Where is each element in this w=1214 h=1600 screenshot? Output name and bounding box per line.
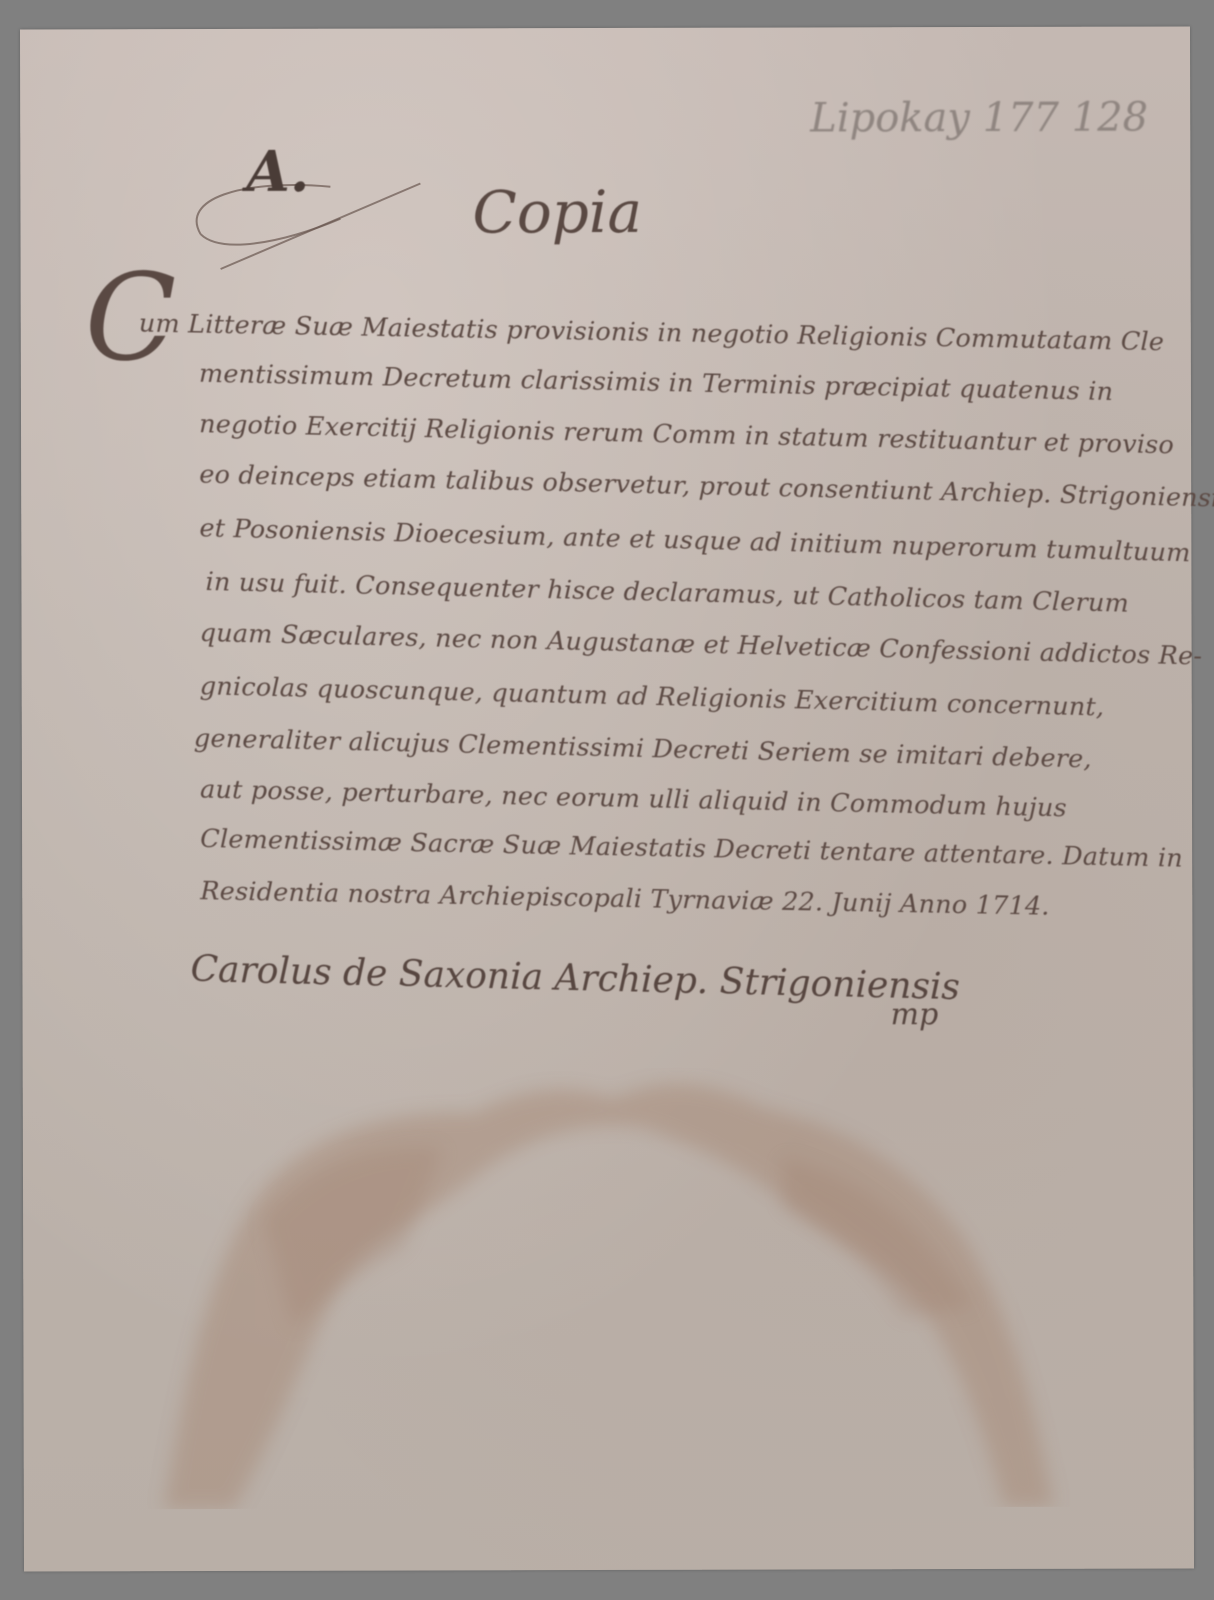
archive-pencil-note: Lipokay 177 128 [810,95,1148,142]
text-line: quam Sæculares, nec non Augustanæ et Hel… [199,618,1202,672]
signature: Carolus de Saxonia Archiep. Strigoniensi… [190,949,960,1008]
text-line: generaliter alicujus Clementissimi Decre… [194,723,1092,774]
signature-paraph: mp [891,997,939,1032]
text-line: um Litteræ Suæ Maiestatis provisionis in… [139,308,1165,357]
section-marker: A. [246,139,309,205]
text-line: eo deinceps etiam talibus observetur, pr… [199,460,1214,514]
text-line: negotio Exercitij Religionis rerum Comm … [199,409,1174,460]
text-line: Residentia nostra Archiepiscopali Tyrnav… [200,876,1050,922]
text-line: gnicolas quoscunque, quantum ad Religion… [200,671,1105,722]
text-line: mentissimum Decretum clarissimis in Term… [199,359,1114,407]
document-title: Copia [472,178,642,246]
text-line: et Posoniensis Dioecesium, ante et usque… [199,513,1191,568]
text-line: in usu fuit. Consequenter hisce declaram… [205,567,1129,619]
text-line: Clementissimæ Sacræ Suæ Maiestatis Decre… [200,824,1183,874]
manuscript-page: Lipokay 177 128 A. Copia C um Litteræ Su… [20,26,1194,1571]
flourish-icon [180,138,440,279]
text-line: aut posse, perturbare, nec eorum ulli al… [200,774,1067,823]
water-stain [143,1067,1074,1509]
